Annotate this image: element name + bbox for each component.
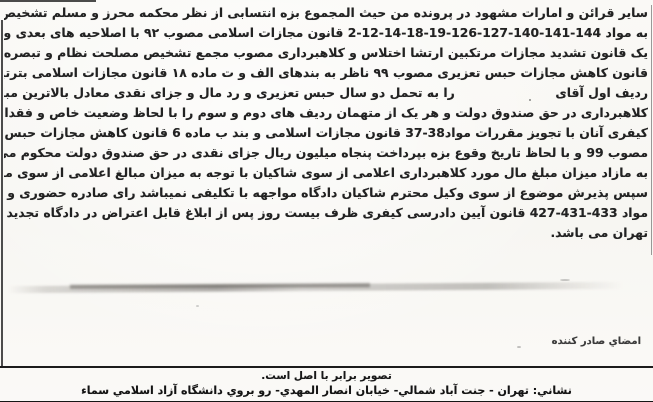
- certification-footer: تصویر برابر با اصل است. نشاني: تهران - ج…: [0, 366, 653, 402]
- document-line-11: مواد 433-431-427 قانون آیین دادرسی کیفری…: [4, 203, 648, 223]
- redacted-name-gap: [459, 93, 551, 94]
- document-line-3: یک قانون تشدید مجازات مرتکبین ارتشا اختل…: [4, 43, 648, 63]
- document-line-9: به مازاد میزان مبلغ مال مورد کلاهبرداری …: [4, 163, 648, 183]
- scan-border-left: [1, 20, 3, 367]
- document-line-7: کیفری آنان با تجویز مقررات مواد38-37 قان…: [4, 123, 648, 143]
- document-line-2: به مواد 144-141-140-127-126-19-18-14-12-…: [4, 23, 648, 43]
- issuer-signature-label: امضاي صادر كننده: [552, 336, 641, 347]
- document-line-5: ردیف اول آقای را به تحمل دو سال حبس تعزی…: [4, 83, 648, 103]
- scan-speck: [196, 305, 199, 307]
- scan-border-right: [651, 5, 652, 255]
- scanned-court-ruling-page: سایر قرائن و امارات مشهود در پرونده من ح…: [0, 0, 653, 402]
- document-line-8: مصوب 99 و با لحاظ تاریخ وقوع بزه بپرداخت…: [4, 143, 648, 163]
- document-line-1: سایر قرائن و امارات مشهود در پرونده من ح…: [4, 3, 648, 23]
- judgment-text-block: سایر قرائن و امارات مشهود در پرونده من ح…: [4, 3, 648, 243]
- document-line-4: قانون کاهش مجازات حبس تعزیری مصوب ۹۹ ناظ…: [4, 63, 648, 83]
- certification-statement: تصویر برابر با اصل است.: [0, 369, 653, 383]
- address-line: نشاني: تهران - جنت آباد شمالي- خيابان ان…: [0, 383, 653, 399]
- scan-border-top-left: [0, 0, 96, 2]
- document-line-6: کلاهبرداری در حق صندوق دولت و هر یک از م…: [4, 103, 648, 123]
- defendant-row-label: ردیف اول آقای: [555, 85, 648, 100]
- document-line-12: تهران می باشد.: [4, 223, 648, 243]
- scan-speck: [517, 346, 521, 348]
- scan-speck: [560, 279, 570, 281]
- sentence-continuation-text: را به تحمل دو سال حبس تعزیری و رد مال و …: [4, 85, 455, 100]
- document-line-10: سپس پذیرش موضوع از سوی وکیل محترم شاکیان…: [4, 183, 648, 203]
